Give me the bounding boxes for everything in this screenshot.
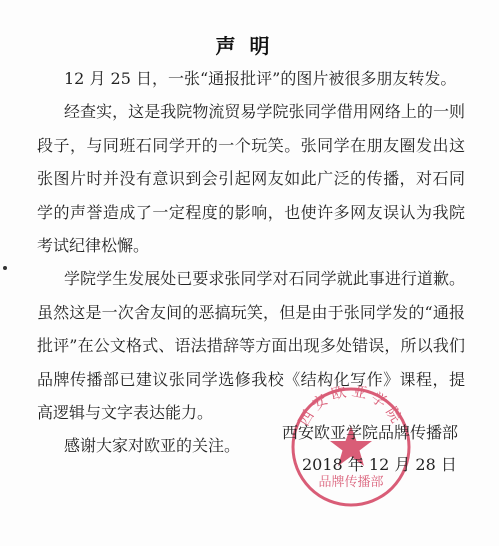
stamp-bottom-text: 品牌传播部 — [318, 474, 383, 490]
signature-date: 2018 年 12 月 28 日 — [302, 452, 457, 475]
paragraph-investigation: 经查实，这是我院物流贸易学院张同学借用网络上的一则段子，与同班石同学开的一个玩笑… — [37, 95, 465, 262]
official-seal-stamp: 西安欧亚学院 品牌传播部 — [290, 386, 412, 508]
statement-document: 声明 12 月 25 日，一张“通报批评”的图片被很多朋友转发。 经查实，这是我… — [0, 0, 499, 546]
bullet-mark — [3, 266, 7, 270]
document-title: 声明 — [0, 30, 499, 59]
paragraph-intro: 12 月 25 日，一张“通报批评”的图片被很多朋友转发。 — [37, 62, 465, 95]
signature-department: 西安欧亚学院品牌传播部 — [282, 420, 458, 443]
